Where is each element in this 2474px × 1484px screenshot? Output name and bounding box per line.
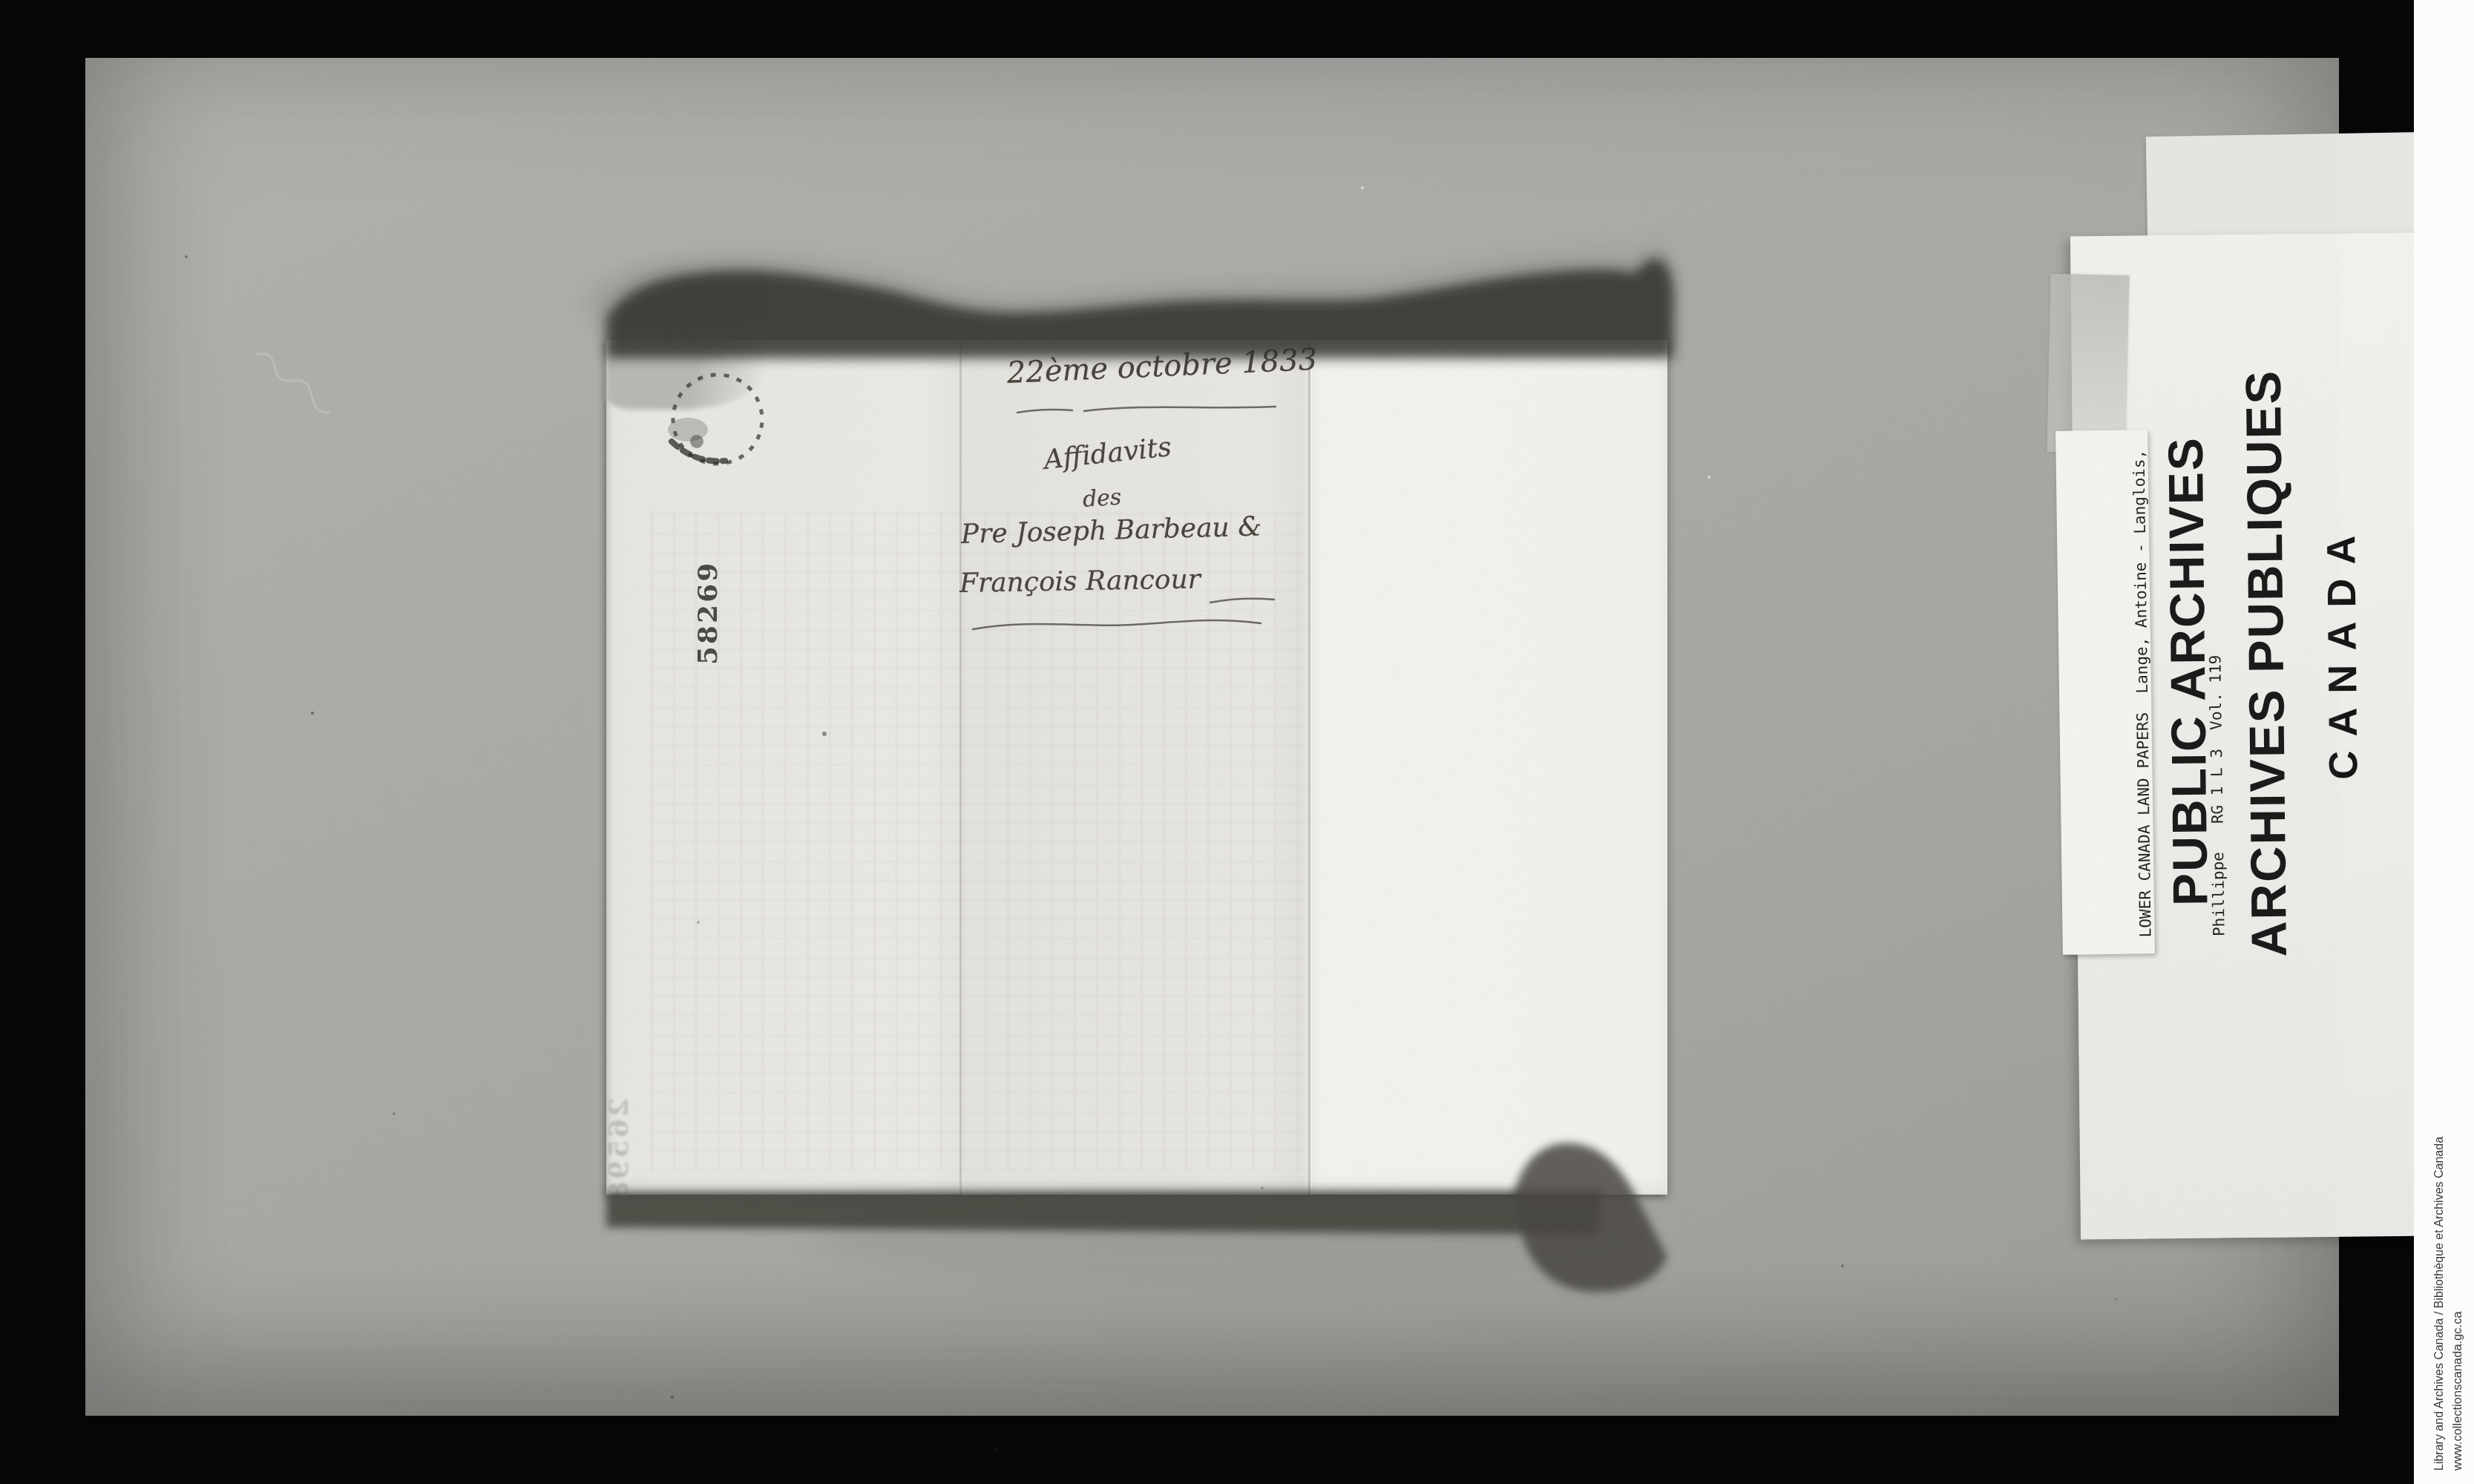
microfilm-frame: 22ème octobre 1833 Affidavits des Pre Jo… (85, 58, 2339, 1416)
postal-cancellation-mark (657, 358, 783, 485)
reference-label-line-2: Phillippe RG 1 L 3 Vol. 119 (2200, 424, 2232, 936)
credit-text-2: www.collectionscanada.gc.ca (2451, 1311, 2465, 1471)
folded-letter: 22ème octobre 1833 Affidavits des Pre Jo… (606, 340, 1667, 1195)
card-under-sheet (2146, 132, 2433, 250)
handwriting-title: Affidavits (1043, 432, 1173, 476)
handwriting-date: 22ème octobre 1833 (1006, 343, 1318, 390)
bleedthrough-number-stamp: 26598 (603, 1098, 634, 1202)
fold-crease-right (1308, 340, 1310, 1195)
handwriting-des: des (1082, 484, 1123, 513)
archive-number-stamp: 58269 (692, 561, 724, 665)
reference-typed-label: LOWER CANADA LAND PAPERS Lange, Antoine … (2055, 430, 2155, 955)
bleedthrough-texture (651, 510, 1304, 1171)
credit-strip: Library and Archives Canada / Bibliothèq… (2414, 0, 2474, 1484)
reference-label-line-1: LOWER CANADA LAND PAPERS Lange, Antoine … (2127, 425, 2159, 937)
fold-crease-left (959, 340, 962, 1195)
archival-scan-page: 22ème octobre 1833 Affidavits des Pre Jo… (0, 0, 2474, 1484)
dust-speckles (0, 0, 1, 1)
card-line-canada: CANADA (2318, 521, 2367, 780)
film-scratch (234, 325, 367, 459)
credit-text-1: Library and Archives Canada / Bibliothèq… (2433, 1137, 2447, 1471)
handwriting-name-2: François Rancour (959, 564, 1201, 599)
letter-right-panel (1311, 340, 1667, 1195)
reference-label-text: LOWER CANADA LAND PAPERS Lange, Antoine … (2078, 424, 2281, 939)
